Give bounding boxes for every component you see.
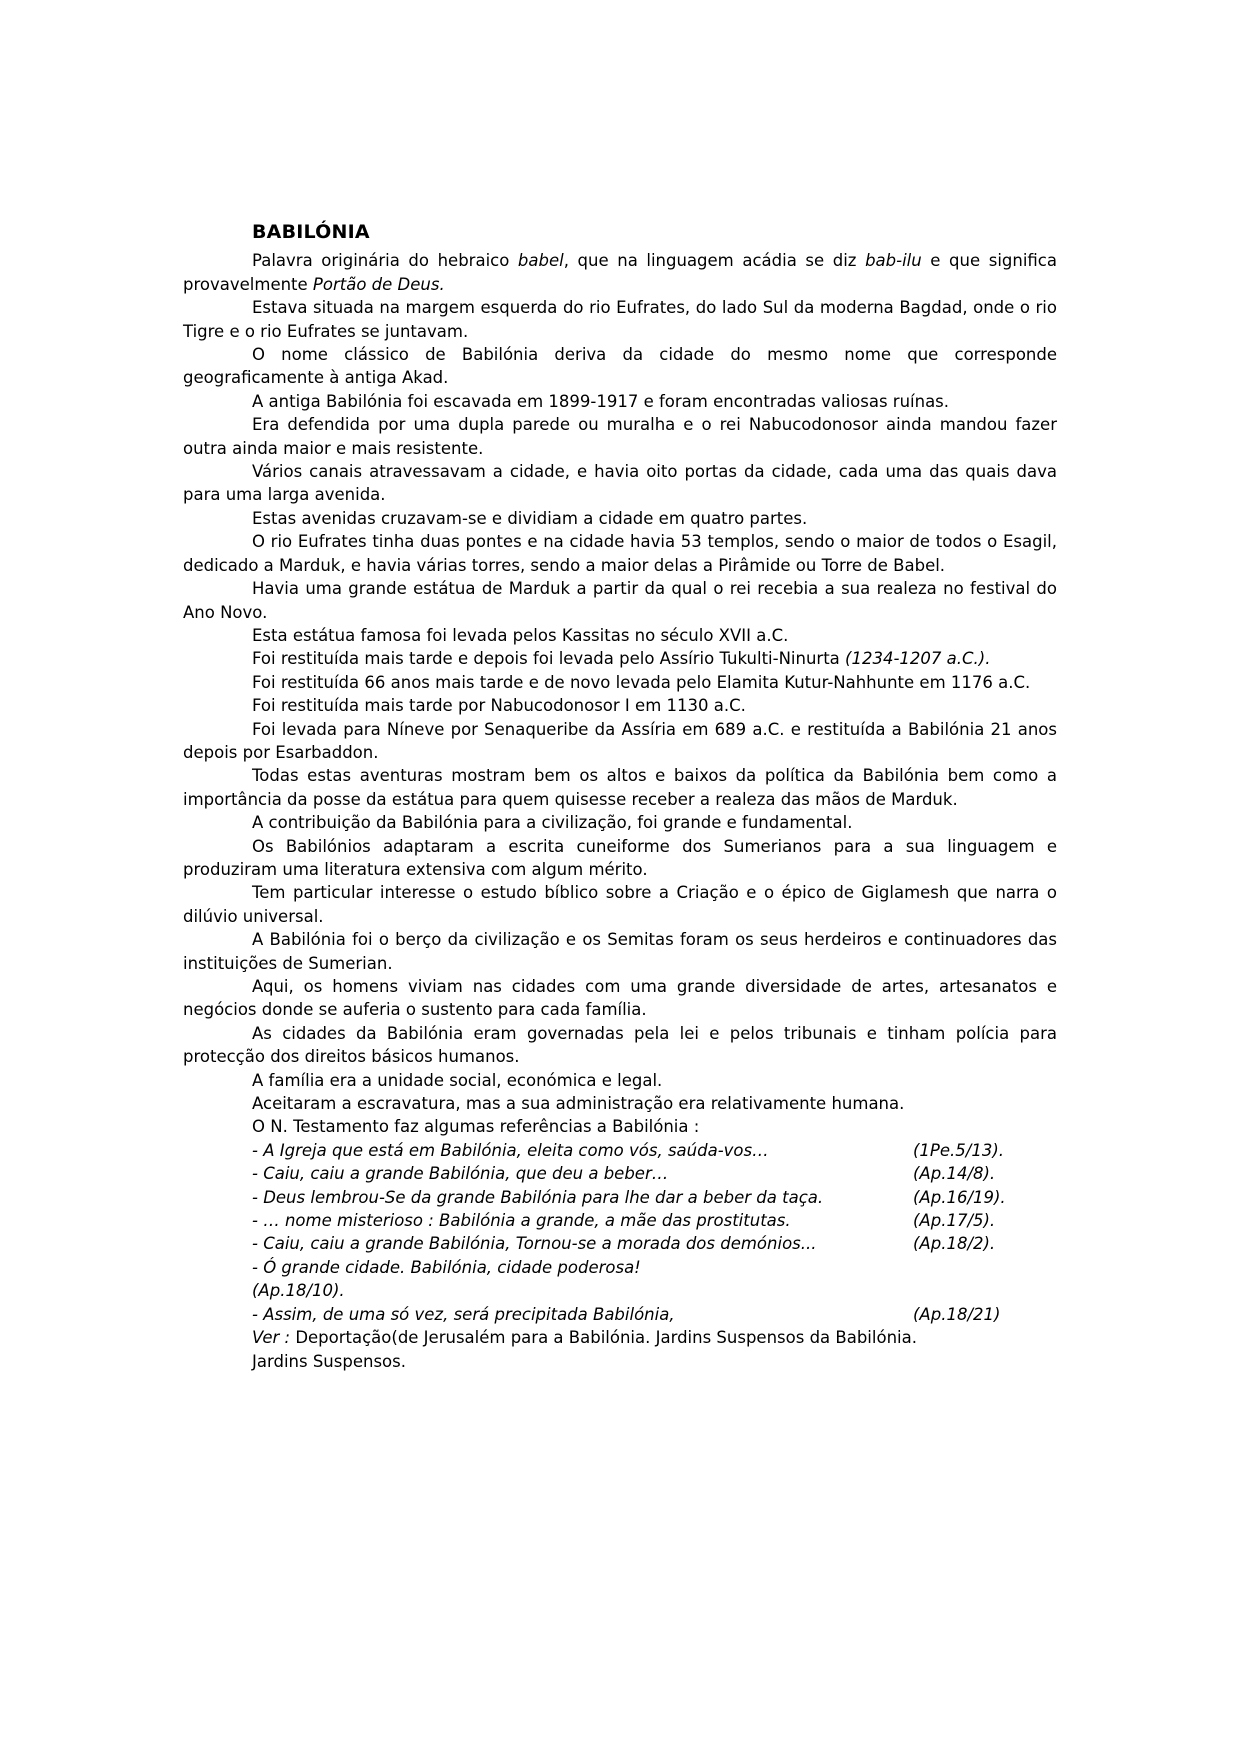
document-body: Palavra originária do hebraico babel, qu… (183, 249, 1057, 1373)
quote-line: - Deus lembrou-Se da grande Babilónia pa… (183, 1186, 1057, 1209)
quote-line: - … nome misterioso : Babilónia a grande… (183, 1209, 1057, 1232)
text-segment: Foi levada para Níneve por Senaqueribe d… (183, 720, 1057, 762)
text-segment: Tem particular interesse o estudo bíblic… (183, 883, 1057, 925)
paragraph: Era defendida por uma dupla parede ou mu… (183, 413, 1057, 460)
paragraph: A família era a unidade social, económic… (183, 1069, 1057, 1092)
paragraph: Ver : Deportação(de Jerusalém para a Bab… (183, 1326, 1057, 1349)
text-segment: Estava situada na margem esquerda do rio… (183, 298, 1057, 340)
paragraph: A Babilónia foi o berço da civilização e… (183, 928, 1057, 975)
paragraph: O N. Testamento faz algumas referências … (183, 1115, 1057, 1138)
paragraph: Esta estátua famosa foi levada pelos Kas… (183, 624, 1057, 647)
paragraph: Foi restituída mais tarde e depois foi l… (183, 647, 1057, 670)
paragraph: Palavra originária do hebraico babel, qu… (183, 249, 1057, 296)
text-segment: Aqui, os homens viviam nas cidades com u… (183, 977, 1057, 1019)
paragraph: Estas avenidas cruzavam-se e dividiam a … (183, 507, 1057, 530)
text-segment: (1234-1207 a.C.). (845, 649, 990, 668)
paragraph: Aqui, os homens viviam nas cidades com u… (183, 975, 1057, 1022)
paragraph: Os Babilónios adaptaram a escrita cuneif… (183, 835, 1057, 882)
document-page: BABILÓNIA Palavra originária do hebraico… (0, 0, 1240, 1755)
paragraph: O nome clássico de Babilónia deriva da c… (183, 343, 1057, 390)
scripture-reference: (1Pe.5/13). (913, 1139, 1004, 1162)
page-title: BABILÓNIA (183, 221, 1057, 244)
text-segment: Os Babilónios adaptaram a escrita cuneif… (183, 837, 1057, 879)
paragraph: Foi restituída 66 anos mais tarde e de n… (183, 671, 1057, 694)
text-segment: A antiga Babilónia foi escavada em 1899-… (252, 392, 949, 411)
text-segment: A contribuição da Babilónia para a civil… (252, 813, 852, 832)
paragraph: A contribuição da Babilónia para a civil… (183, 811, 1057, 834)
text-segment: Jardins Suspensos. (252, 1352, 406, 1371)
paragraph: Jardins Suspensos. (183, 1350, 1057, 1373)
text-segment: bab-ilu (865, 251, 922, 270)
text-segment: Esta estátua famosa foi levada pelos Kas… (252, 626, 788, 645)
text-segment: As cidades da Babilónia eram governadas … (183, 1024, 1057, 1066)
paragraph: Todas estas aventuras mostram bem os alt… (183, 764, 1057, 811)
paragraph: A antiga Babilónia foi escavada em 1899-… (183, 390, 1057, 413)
text-segment: O rio Eufrates tinha duas pontes e na ci… (183, 532, 1057, 574)
text-segment: O nome clássico de Babilónia deriva da c… (183, 345, 1057, 387)
text-segment: babel (518, 251, 564, 270)
paragraph: Estava situada na margem esquerda do rio… (183, 296, 1057, 343)
scripture-reference: (Ap.14/8). (913, 1162, 995, 1185)
text-segment: A família era a unidade social, económic… (252, 1071, 662, 1090)
text-segment: - Deus lembrou-Se da grande Babilónia pa… (252, 1188, 823, 1207)
text-segment: Deportação(de Jerusalém para a Babilónia… (295, 1328, 917, 1347)
text-segment: Portão de Deus. (313, 275, 445, 294)
paragraph: Vários canais atravessavam a cidade, e h… (183, 460, 1057, 507)
paragraph: Aceitaram a escravatura, mas a sua admin… (183, 1092, 1057, 1115)
text-segment: Todas estas aventuras mostram bem os alt… (183, 766, 1057, 808)
text-segment: - Assim, de uma só vez, será precipitada… (252, 1305, 675, 1324)
text-segment: - Ó grande cidade. Babilónia, cidade pod… (252, 1258, 641, 1277)
text-segment: O N. Testamento faz algumas referências … (252, 1117, 699, 1136)
quote-line: - A Igreja que está em Babilónia, eleita… (183, 1139, 1057, 1162)
paragraph: As cidades da Babilónia eram governadas … (183, 1022, 1057, 1069)
text-segment: - A Igreja que está em Babilónia, eleita… (252, 1141, 769, 1160)
quote-line: - Caiu, caiu a grande Babilónia, Tornou-… (183, 1232, 1057, 1255)
scripture-reference: (Ap.18/2). (913, 1232, 995, 1255)
text-segment: - Caiu, caiu a grande Babilónia, que deu… (252, 1164, 668, 1183)
text-segment: - … nome misterioso : Babilónia a grande… (252, 1211, 791, 1230)
quote-line: - Ó grande cidade. Babilónia, cidade pod… (183, 1256, 1057, 1279)
quote-line: - Caiu, caiu a grande Babilónia, que deu… (183, 1162, 1057, 1185)
scripture-reference: (Ap.18/21) (913, 1303, 1000, 1326)
paragraph: O rio Eufrates tinha duas pontes e na ci… (183, 530, 1057, 577)
text-segment: Aceitaram a escravatura, mas a sua admin… (252, 1094, 904, 1113)
text-segment: Foi restituída 66 anos mais tarde e de n… (252, 673, 1030, 692)
paragraph: Tem particular interesse o estudo bíblic… (183, 881, 1057, 928)
text-segment: Vários canais atravessavam a cidade, e h… (183, 462, 1057, 504)
text-segment: Foi restituída mais tarde por Nabucodono… (252, 696, 746, 715)
document-content: BABILÓNIA Palavra originária do hebraico… (183, 221, 1057, 1373)
scripture-reference: (Ap.17/5). (913, 1209, 995, 1232)
text-segment: (Ap.18/10). (252, 1281, 345, 1300)
text-segment: Era defendida por uma dupla parede ou mu… (183, 415, 1057, 457)
text-segment: , que na linguagem acádia se diz (564, 251, 865, 270)
text-segment: Palavra originária do hebraico (252, 251, 518, 270)
paragraph: Foi restituída mais tarde por Nabucodono… (183, 694, 1057, 717)
text-segment: Foi restituída mais tarde e depois foi l… (252, 649, 845, 668)
text-segment: Havia uma grande estátua de Marduk a par… (183, 579, 1057, 621)
quote-line: (Ap.18/10). (183, 1279, 1057, 1302)
paragraph: Havia uma grande estátua de Marduk a par… (183, 577, 1057, 624)
paragraph: Foi levada para Níneve por Senaqueribe d… (183, 718, 1057, 765)
text-segment: A Babilónia foi o berço da civilização e… (183, 930, 1057, 972)
text-segment: Ver : (252, 1328, 295, 1347)
quote-line: - Assim, de uma só vez, será precipitada… (183, 1303, 1057, 1326)
text-segment: - Caiu, caiu a grande Babilónia, Tornou-… (252, 1234, 817, 1253)
text-segment: Estas avenidas cruzavam-se e dividiam a … (252, 509, 807, 528)
scripture-reference: (Ap.16/19). (913, 1186, 1006, 1209)
